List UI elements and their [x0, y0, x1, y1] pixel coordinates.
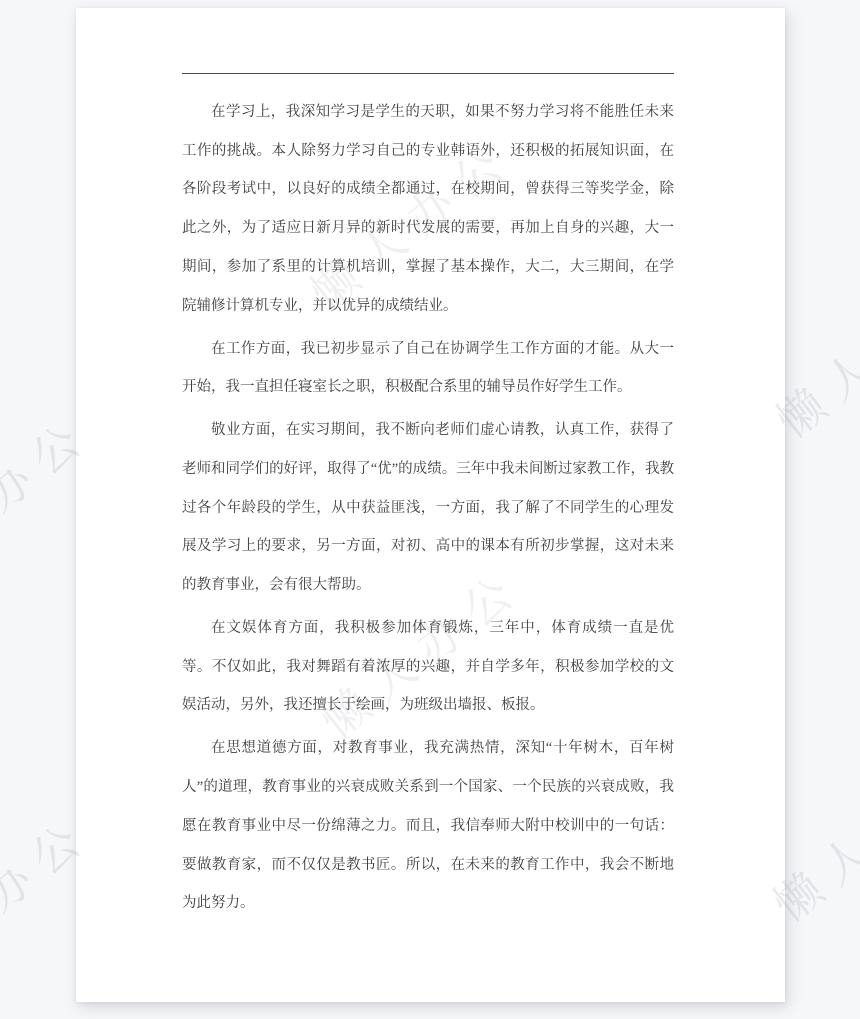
paragraph: 在工作方面，我已初步显示了自己在协调学生工作方面的才能。从大一开始，我一直担任寝…	[182, 330, 674, 407]
paragraph: 在学习上，我深知学习是学生的天职，如果不努力学习将不能胜任未来工作的挑战。本人除…	[182, 93, 674, 325]
page-background: { "document": { "paragraphs": [ "在学习上，我深…	[0, 0, 860, 1019]
document-body: 在学习上，我深知学习是学生的天职，如果不努力学习将不能胜任未来工作的挑战。本人除…	[182, 73, 674, 927]
paragraph: 敬业方面，在实习期间，我不断向老师们虚心请教，认真工作，获得了老师和同学们的好评…	[182, 411, 674, 605]
paragraph: 在文娱体育方面，我积极参加体育锻炼，三年中，体育成绩一直是优等。不仅如此，我对舞…	[182, 609, 674, 725]
top-divider	[182, 73, 674, 74]
paragraph: 在思想道德方面，对教育事业，我充满热情，深知“十年树木，百年树人”的道理，教育事…	[182, 729, 674, 923]
